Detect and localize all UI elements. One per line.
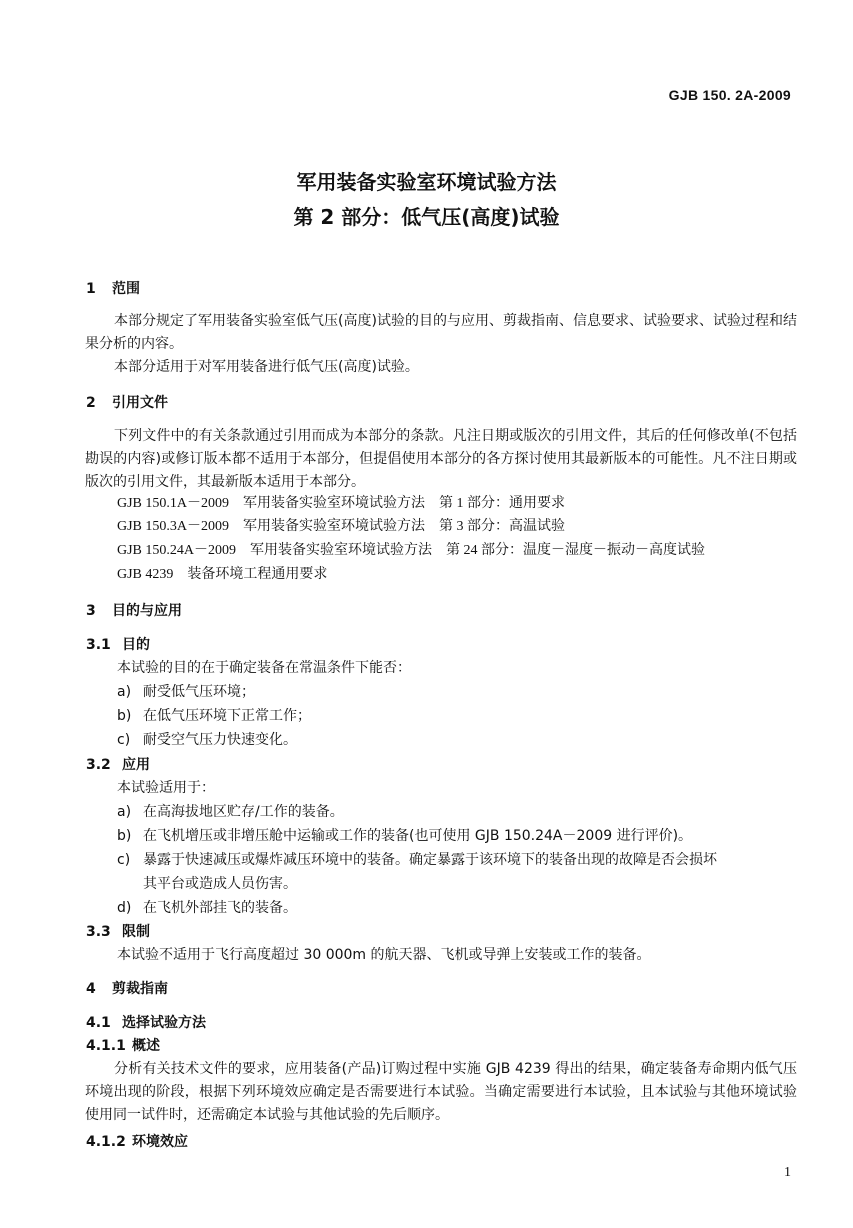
section-4-1-2-heading: 4.1.2环境效应	[86, 1131, 188, 1151]
section-4-heading: 4剪裁指南	[86, 978, 168, 998]
section-4-1-1-heading: 4.1.1概述	[86, 1035, 160, 1055]
page-number: 1	[784, 1165, 791, 1181]
list-item: d)在飞机外部挂飞的装备。	[117, 897, 297, 919]
standard-code: GJB 150. 2A-2009	[669, 87, 791, 103]
section-1-heading: 1范围	[86, 278, 140, 298]
section-2-heading: 2引用文件	[86, 392, 168, 412]
list-item: a)在高海拔地区贮存/工作的装备。	[117, 801, 344, 823]
section-2-paragraph-1: 下列文件中的有关条款通过引用而成为本部分的条款。凡注日期或版次的引用文件，其后的…	[85, 425, 797, 494]
section-3-3-paragraph: 本试验不适用于飞行高度超过 30 000m 的航天器、飞机或导弹上安装或工作的装…	[117, 944, 651, 966]
list-item: c)耐受空气压力快速变化。	[117, 729, 297, 751]
reference-item: GJB 150.1A－2009 军用装备实验室环境试验方法 第 1 部分：通用要…	[117, 493, 565, 515]
list-item: a)耐受低气压环境；	[117, 681, 255, 703]
list-item: c)暴露于快速减压或爆炸减压环境中的装备。确定暴露于该环境下的装备出现的故障是否…	[117, 849, 717, 871]
section-4-1-1-paragraph: 分析有关技术文件的要求，应用装备(产品)订购过程中实施 GJB 4239 得出的…	[85, 1058, 797, 1127]
section-3-1-intro: 本试验的目的在于确定装备在常温条件下能否：	[117, 657, 411, 679]
reference-item: GJB 4239 装备环境工程通用要求	[117, 564, 327, 586]
document-title-line2: 第 2 部分：低气压(高度)试验	[0, 201, 853, 230]
reference-item: GJB 150.24A－2009 军用装备实验室环境试验方法 第 24 部分：温…	[117, 540, 705, 562]
section-3-1-heading: 3.1目的	[86, 634, 150, 654]
list-item: b)在低气压环境下正常工作；	[117, 705, 311, 727]
section-3-3-heading: 3.3限制	[86, 921, 150, 941]
section-3-heading: 3目的与应用	[86, 600, 182, 620]
section-3-2-heading: 3.2应用	[86, 754, 150, 774]
document-title-line1: 军用装备实验室环境试验方法	[0, 166, 853, 195]
section-1-paragraph-1: 本部分规定了军用装备实验室低气压(高度)试验的目的与应用、剪裁指南、信息要求、试…	[85, 310, 797, 356]
section-3-2-intro: 本试验适用于：	[117, 777, 215, 799]
list-item: b)在飞机增压或非增压舱中运输或工作的装备(也可使用 GJB 150.24A－2…	[117, 825, 692, 847]
section-1-paragraph-2: 本部分适用于对军用装备进行低气压(高度)试验。	[85, 356, 797, 379]
list-item-continuation: 其平台或造成人员伤害。	[143, 873, 297, 895]
section-4-1-heading: 4.1选择试验方法	[86, 1012, 206, 1032]
reference-item: GJB 150.3A－2009 军用装备实验室环境试验方法 第 3 部分：高温试…	[117, 516, 565, 538]
